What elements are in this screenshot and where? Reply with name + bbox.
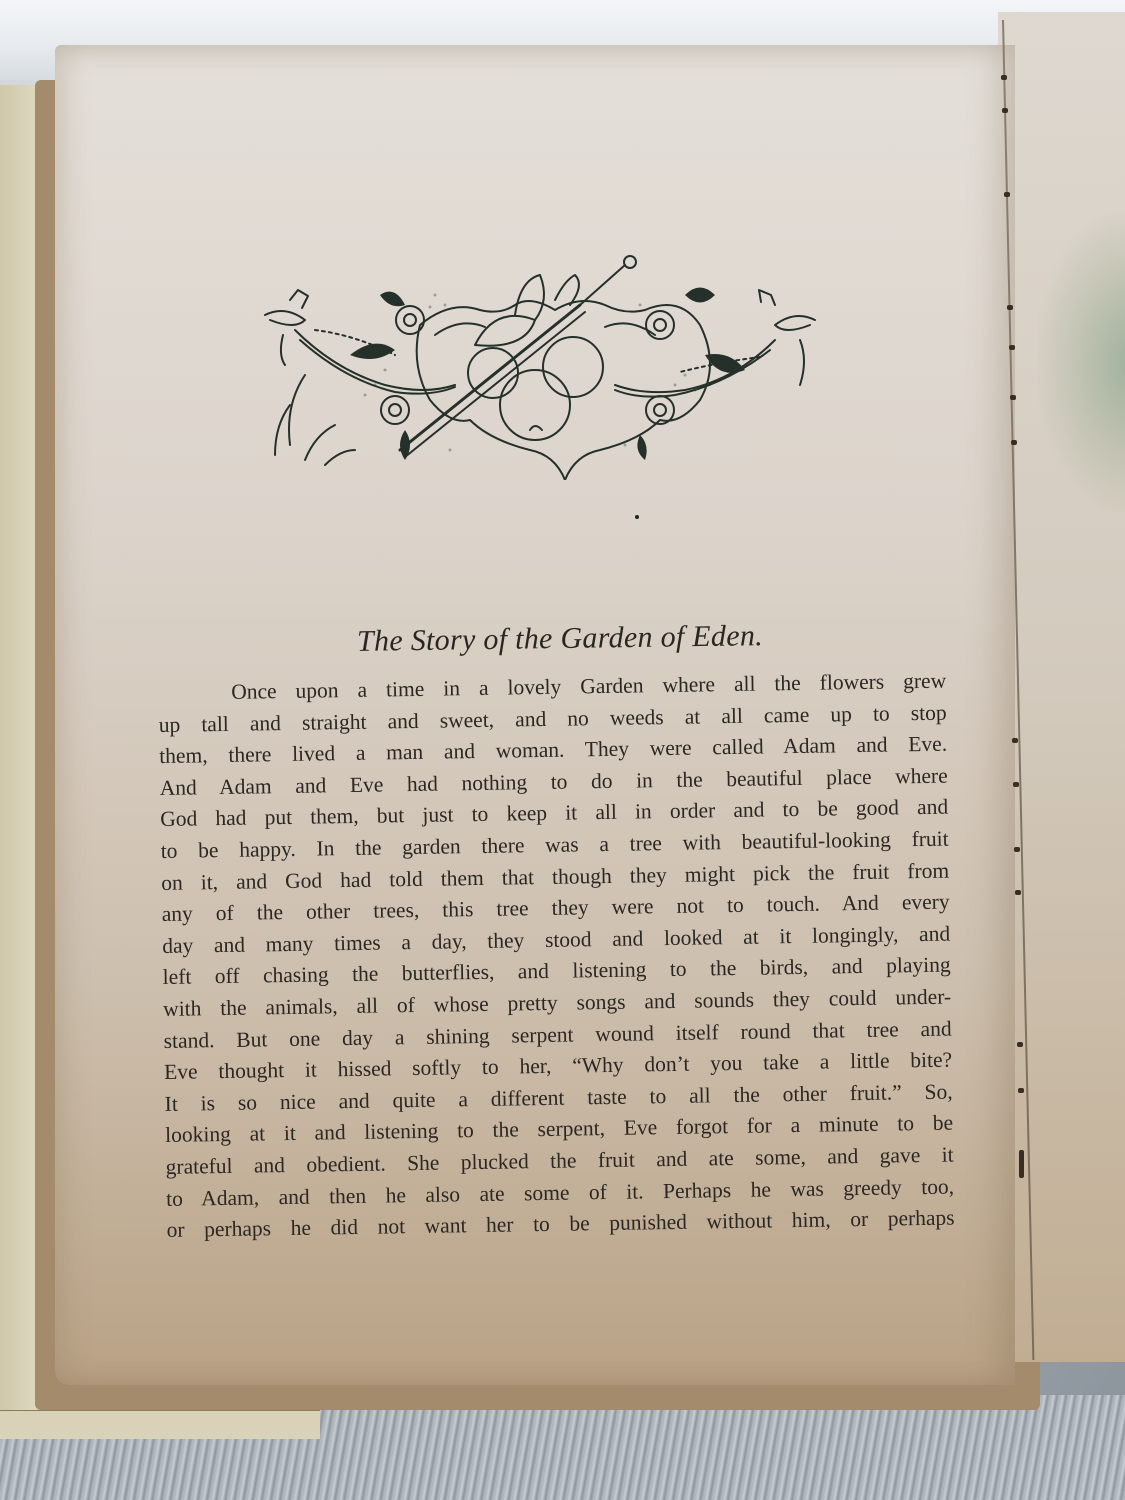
binding-stitch — [1019, 1150, 1024, 1178]
binding-stitch — [1011, 440, 1017, 445]
book-cover-bottom-edge — [0, 1410, 320, 1439]
binding-stitch — [1015, 890, 1021, 895]
binding-stitch — [1004, 192, 1010, 197]
binding-stitch — [1012, 738, 1018, 743]
binding-gutter — [1000, 20, 1058, 1360]
story-paragraph: Once upon a time in a lovely Garden wher… — [158, 666, 955, 1247]
binding-stitch — [1001, 75, 1007, 80]
binding-stitch — [1014, 847, 1020, 852]
binding-stitch — [1007, 305, 1013, 310]
binding-stitch — [1009, 345, 1015, 350]
binding-stitch — [1002, 108, 1008, 113]
binding-stitch — [1017, 1042, 1023, 1047]
ink-speck — [635, 515, 639, 519]
binding-stitch — [1018, 1088, 1024, 1093]
ornament-illustration — [255, 245, 835, 480]
binding-stitch — [1010, 395, 1016, 400]
binding-stitch — [1013, 782, 1019, 787]
